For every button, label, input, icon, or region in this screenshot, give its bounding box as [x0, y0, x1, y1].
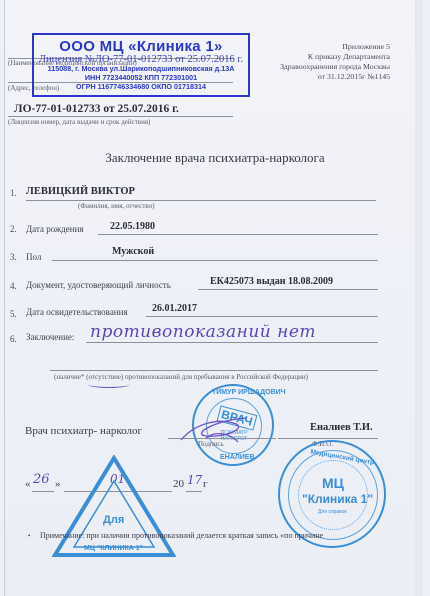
conclusion-handwritten: противопоказаний нет	[90, 322, 316, 342]
conclusion-line-2	[50, 370, 378, 371]
full-name-line	[26, 200, 376, 201]
id-document-value: ЕК425073 выдан 18.08.2009	[210, 276, 333, 287]
clinic-stamp-sub: Для справок	[318, 509, 347, 515]
gender-value: Мужской	[112, 246, 154, 257]
stamp-title: ООО МЦ «Клиника 1»	[34, 38, 248, 55]
field-number: 1.	[10, 188, 17, 198]
exam-date-line	[146, 316, 378, 317]
id-document-label: Документ, удостоверяющий личность	[26, 280, 171, 290]
license-line	[8, 116, 233, 117]
exam-date-value: 26.01.2017	[152, 303, 197, 314]
date-day: 26	[33, 472, 50, 487]
doctor-stamp-top: ТИМУР ИРШАДОВИЧ	[212, 389, 286, 396]
birth-date-label: Дата рождения	[26, 224, 84, 234]
handwritten-signature	[176, 412, 256, 448]
full-name-value: ЛЕВИЦКИЙ ВИКТОР	[26, 186, 135, 197]
conclusion-label: Заключение:	[26, 332, 74, 342]
conclusion-line	[86, 342, 378, 343]
date-year-suffix: 17	[187, 473, 202, 487]
stamp-inn-kpp: ИНН 7723440052 КПП 772301001	[34, 73, 248, 82]
license-number: ЛО-77-01-012733 от 25.07.2016 г.	[14, 103, 179, 115]
doctor-stamp-bottom: ЕНАЛИЕВ	[220, 454, 255, 461]
field-number: 6.	[10, 334, 17, 344]
id-document-line	[198, 289, 378, 290]
license-caption: (Лицензия номер, дата выдачи и срок дейс…	[8, 118, 150, 126]
page-edge	[415, 0, 423, 596]
triangle-stamp-top: Для	[103, 514, 124, 526]
date-open-quote: «	[25, 478, 31, 490]
clinic-stamp-center-2: "Клиника 1"	[302, 492, 373, 506]
day-line	[32, 491, 54, 492]
birth-date-line	[98, 234, 378, 235]
doctor-name: Еналиев Т.И.	[310, 422, 373, 433]
underline-mark	[88, 381, 130, 388]
gender-line	[52, 260, 378, 261]
exam-date-label: Дата освидетельствования	[26, 307, 128, 317]
document-title: Заключение врача психиатра-нарколога	[0, 150, 430, 166]
note-text: Примечание: при наличии противопоказаний…	[40, 531, 323, 540]
name-line	[278, 438, 378, 439]
full-name-caption: (Фамилия, имя, отчество)	[78, 202, 155, 210]
triangle-stamp-bottom: МЦ "КЛИНИКА 1"	[84, 545, 143, 552]
stamp-address: 115088, г. Москва ул.Шарикоподшипниковск…	[34, 64, 248, 73]
year-line	[186, 491, 202, 492]
birth-date-value: 22.05.1980	[110, 221, 155, 232]
stamp-ogrn-okpo: ОГРН 1167746334680 ОКПО 01718314	[34, 82, 248, 91]
gender-label: Пол	[26, 252, 41, 262]
note-bullet: •	[28, 532, 30, 540]
clinic-stamp-center-1: МЦ	[322, 475, 344, 491]
stamp-license: Лицензия №ЛО-77-01-012733 от 25.07.2016 …	[34, 55, 248, 64]
doctor-role: Врач психиатр- нарколог	[25, 425, 142, 437]
field-number: 5.	[10, 309, 17, 319]
organization-stamp: ООО МЦ «Клиника 1» Лицензия №ЛО-77-01-01…	[32, 33, 250, 97]
conclusion-caption: (наличие* (отсутствие) противопоказаний …	[54, 373, 308, 381]
field-number: 2.	[10, 224, 17, 234]
field-number: 3.	[10, 252, 17, 262]
date-year-end: г	[203, 478, 208, 490]
field-number: 4.	[10, 281, 17, 291]
